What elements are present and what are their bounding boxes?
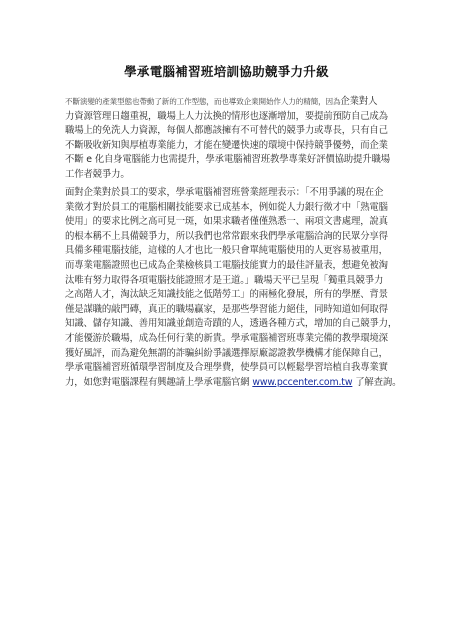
text-run: 力，如您對電腦課程有興趣請上學承電腦官網 <box>65 377 252 388</box>
paragraph-line: 知識、儲存知識、善用知識並創造奇蹟的人，透過各種方式，增加的自己競爭力， <box>65 317 390 332</box>
text-run: 了解查詢。 <box>352 377 401 388</box>
paragraph-line: 汰唯有努力取得各項電腦技能證照才是王道。」職場天平已呈現「獨重具競爭力 <box>65 274 390 289</box>
paragraph-line: 不斷吸收新知與厚植專業能力，才能在變遷快速的環境中保持競爭優勢，而企業 <box>65 139 390 154</box>
paragraph-line: 的根本稱不上具備競爭力，所以我們也常常跟來我們學承電腦洽詢的民眾分享得 <box>65 230 390 245</box>
paragraph-line: 使用」的要求比例之高可見一斑，如果求職者僅僅熟悉一、兩項文書處理，說真 <box>65 215 390 230</box>
paragraph-line: 職場上的免洗人力資源，每個人都應該擁有不可替代的競爭力或專長，只有自己 <box>65 124 390 139</box>
website-link[interactable]: www.pccenter.com.tw <box>252 377 352 388</box>
paragraph-line: 學承電腦補習班循環學習制度及合理學費，使學員可以輕鬆學習培植自我專業實 <box>65 361 390 376</box>
paragraph-line: 具備多種電腦技能，這樣的人才也比一般只會單純電腦使用的人更容易被重用， <box>65 244 390 259</box>
paragraph-line: 力，如您對電腦課程有興趣請上學承電腦官網 www.pccenter.com.tw… <box>65 376 390 391</box>
paragraph-line: 不斷演變的產業型態也帶動了新的工作型態，而也導致企業開始作人力的精簡，因為企業對… <box>65 95 390 110</box>
paragraph-line: 力資源管理日趨重視，職場上人力汰換的情形也逐漸增加，要提前預防自己成為 <box>65 110 390 125</box>
paragraph-line: 才能優游於職場，成為任何行業的新貴。學承電腦補習班專業完備的教學環境深 <box>65 332 390 347</box>
small-text-run: 不斷演變的產業型態也帶動了新的工作型態，而也導致企業開始作人力的精簡，因為 <box>65 97 340 106</box>
text-run: 企業對人 <box>340 96 377 107</box>
paragraph-body: 面對企業對於員工的要求，學承電腦補習班營業經理表示：「不用爭議的現在企 業徵才對… <box>65 186 390 390</box>
document-title: 學承電腦補習班培訓協助競爭力升級 <box>0 62 453 80</box>
paragraph-line: 業徵才對於員工的電腦相關技能要求已成基本，例如從人力銀行徵才中「熟電腦 <box>65 201 390 216</box>
paragraph-line: 工作者競爭力。 <box>65 168 390 183</box>
paragraph-intro: 不斷演變的產業型態也帶動了新的工作型態，而也導致企業開始作人力的精簡，因為企業對… <box>65 95 390 183</box>
document-page: 學承電腦補習班培訓協助競爭力升級 不斷演變的產業型態也帶動了新的工作型態，而也導… <box>0 0 453 640</box>
paragraph-line: 之高階人才，淘汰缺乏知識技能之低階勞工」的兩極化發展，所有的學歷、背景 <box>65 288 390 303</box>
paragraph-line: 面對企業對於員工的要求，學承電腦補習班營業經理表示：「不用爭議的現在企 <box>65 186 390 201</box>
paragraph-line: 僅是謀職的敲門磚，真正的職場贏家，是那些學習能力絕佳，同時知道如何取得 <box>65 303 390 318</box>
paragraph-line: 而專業電腦證照也已成為企業檢核員工電腦技能實力的最佳評量表，想避免被淘 <box>65 259 390 274</box>
paragraph-line: 不斷 e 化自身電腦能力也需提升，學承電腦補習班教學專業好評價協助提升職場 <box>65 153 390 168</box>
paragraph-line: 獲好風評，而為避免無謂的詐騙糾紛爭議選擇原廠認證教學機構才能保障自己， <box>65 347 390 362</box>
